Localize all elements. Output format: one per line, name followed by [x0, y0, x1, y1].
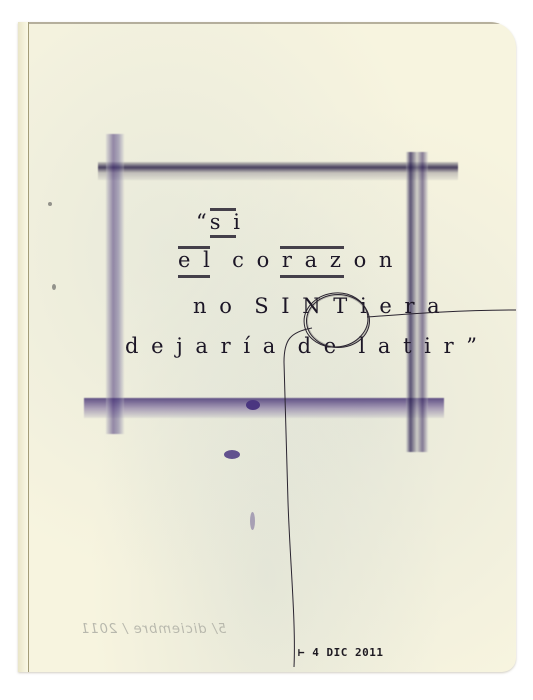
notebook-page: “s i e l c o r a z o n n o S I N T i e r…	[18, 22, 516, 672]
stamp-tick-icon: ⊢	[298, 646, 312, 659]
date-stamp: ⊢ 4 DIC 2011	[298, 646, 383, 659]
handwritten-date-mirrored: 5/ diciembre / 2011	[80, 622, 226, 637]
pen-lines	[18, 22, 516, 672]
date-stamp-text: 4 DIC 2011	[312, 646, 383, 659]
